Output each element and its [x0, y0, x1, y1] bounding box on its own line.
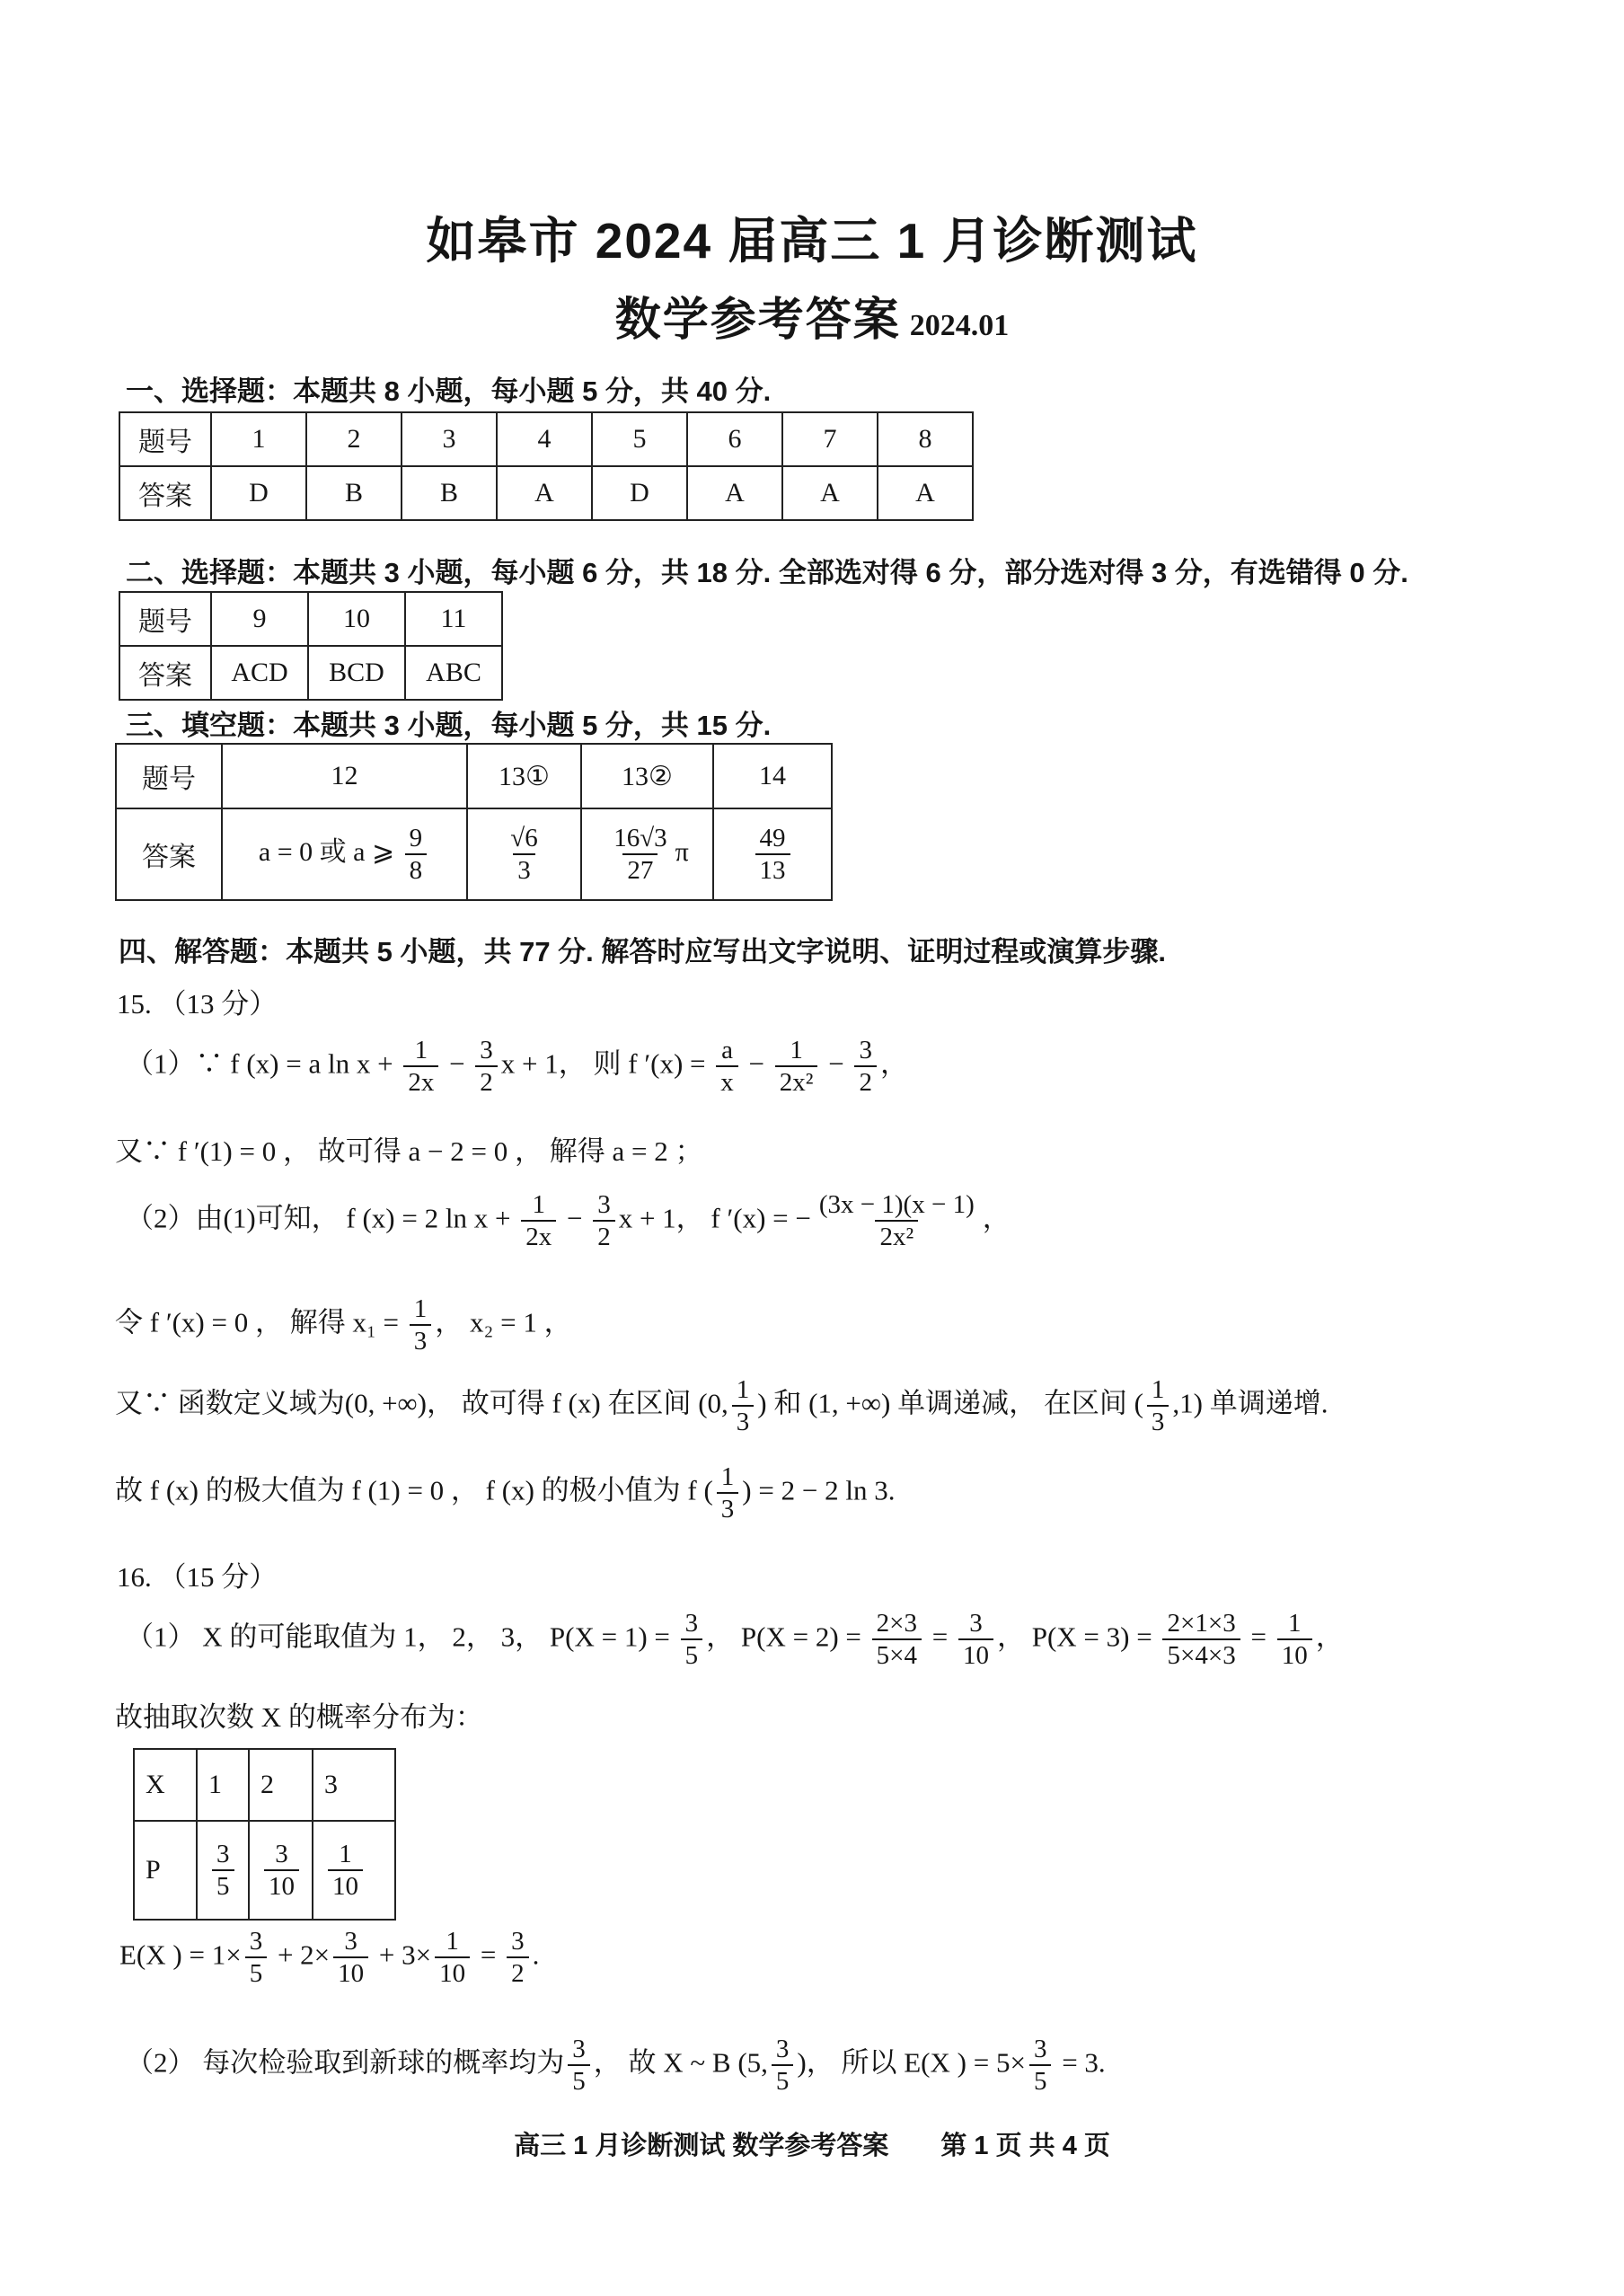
q15-step6: 故 f (x) 的极大值为 f (1) = 0 ， f (x) 的极小值为 f …: [115, 1460, 895, 1526]
question-number: 13②: [581, 744, 713, 808]
row-label: 答案: [116, 808, 222, 900]
answer-key-subtitle: 数学参考答案2024.01: [0, 282, 1624, 349]
q15-step3: （2）由(1)可知， f (x) = 2 ln x + 12x − 32x + …: [126, 1188, 1011, 1254]
answer-cell: ACD: [211, 646, 308, 700]
question-number: 7: [782, 412, 878, 466]
value-cell: 2: [249, 1749, 313, 1821]
answer-key-page: 如皋市 2024 届高三 1 月诊断测试 数学参考答案2024.01 一、选择题…: [0, 0, 1624, 2296]
answer-cell: BCD: [308, 646, 405, 700]
question-number: 5: [592, 412, 687, 466]
single-choice-answers-table: 题号 1 2 3 4 5 6 7 8 答案 D B B A D A A A: [119, 411, 974, 521]
table-row: 答案 a = 0 或 a ⩾ 98 √63 16√327π 4913: [116, 808, 832, 900]
subtitle-text: 数学参考答案: [615, 294, 901, 345]
variable-label: X: [134, 1749, 197, 1821]
answer-cell: D: [592, 466, 687, 520]
section3-heading: 三、填空题：本题共 3 小题，每小题 5 分，共 15 分.: [126, 702, 771, 743]
question-number: 10: [308, 592, 405, 646]
question-number: 6: [687, 412, 782, 466]
value-cell: 3: [313, 1749, 395, 1821]
answer-cell: a = 0 或 a ⩾ 98: [222, 808, 467, 900]
answer-cell: ABC: [405, 646, 502, 700]
section4-heading: 四、解答题：本题共 5 小题，共 77 分. 解答时应写出文字说明、证明过程或演…: [119, 929, 1166, 969]
exam-title: 如皋市 2024 届高三 1 月诊断测试: [0, 201, 1624, 272]
probability-cell: 310: [249, 1821, 313, 1920]
question-number: 14: [713, 744, 832, 808]
table-row: 题号 1 2 3 4 5 6 7 8: [119, 412, 973, 466]
probability-cell: 110: [313, 1821, 395, 1920]
question-number: 11: [405, 592, 502, 646]
exam-date: 2024.01: [910, 309, 1010, 342]
q16-step1: （1） X 的可能取值为 1， 2， 3， P(X = 1) = 35， P(X…: [126, 1606, 1344, 1673]
row-label: 题号: [119, 412, 211, 466]
question15-number: 15. （13 分）: [117, 981, 277, 1021]
question-number: 3: [402, 412, 497, 466]
question-number: 13①: [467, 744, 581, 808]
probability-cell: 35: [197, 1821, 249, 1920]
table-row: 题号 12 13① 13② 14: [116, 744, 832, 808]
answer-cell: A: [497, 466, 592, 520]
q16-expectation: E(X ) = 1×35 + 2×310 + 3×110 = 32.: [119, 1924, 539, 1991]
q15-step1: （1）∵ f (x) = a ln x + 12x − 32x + 1， 则 f…: [126, 1033, 908, 1099]
answer-cell: A: [782, 466, 878, 520]
probability-distribution-table: X 1 2 3 P 35 310 110: [133, 1748, 396, 1921]
table-row: 答案 ACD BCD ABC: [119, 646, 502, 700]
answer-cell: A: [878, 466, 973, 520]
question-number: 12: [222, 744, 467, 808]
fill-in-answers-table: 题号 12 13① 13② 14 答案 a = 0 或 a ⩾ 98 √63 1…: [115, 743, 833, 901]
q16-step2: 故抽取次数 X 的概率分布为：: [115, 1700, 483, 1735]
question-number: 1: [211, 412, 306, 466]
row-label: 答案: [119, 466, 211, 520]
row-label: 题号: [116, 744, 222, 808]
answer-cell: D: [211, 466, 306, 520]
section2-heading: 二、选择题：本题共 3 小题，每小题 6 分，共 18 分. 全部选对得 6 分…: [126, 550, 1408, 590]
table-row: P 35 310 110: [134, 1821, 395, 1920]
row-label: 答案: [119, 646, 211, 700]
question-number: 4: [497, 412, 592, 466]
table-row: X 1 2 3: [134, 1749, 395, 1821]
q15-step4: 令 f ′(x) = 0 ， 解得 x₁ = 13， x₂ = 1 ，: [115, 1292, 572, 1358]
answer-cell: B: [402, 466, 497, 520]
table-row: 题号 9 10 11: [119, 592, 502, 646]
question-number: 2: [306, 412, 402, 466]
value-cell: 1: [197, 1749, 249, 1821]
answer-cell: A: [687, 466, 782, 520]
multi-choice-answers-table: 题号 9 10 11 答案 ACD BCD ABC: [119, 591, 503, 701]
question-number: 9: [211, 592, 308, 646]
question16-number: 16. （15 分）: [117, 1554, 277, 1594]
row-label: 题号: [119, 592, 211, 646]
q16-step4: （2） 每次检验取到新球的概率均为35， 故 X ~ B (5,35)， 所以 …: [126, 2032, 1106, 2098]
answer-cell: 16√327π: [581, 808, 713, 900]
section1-heading: 一、选择题：本题共 8 小题，每小题 5 分，共 40 分.: [126, 368, 771, 409]
question-number: 8: [878, 412, 973, 466]
answer-cell: √63: [467, 808, 581, 900]
page-footer: 高三 1 月诊断测试 数学参考答案 第 1 页 共 4 页: [0, 2125, 1624, 2162]
table-row: 答案 D B B A D A A A: [119, 466, 973, 520]
variable-label: P: [134, 1821, 197, 1920]
q15-step2: 又∵ f ′(1) = 0 ， 故可得 a − 2 = 0 ， 解得 a = 2…: [115, 1134, 702, 1170]
q15-step5: 又∵ 函数定义域为(0, +∞)， 故可得 f (x) 在区间 (0,13) 和…: [115, 1373, 1328, 1439]
answer-cell: B: [306, 466, 402, 520]
answer-cell: 4913: [713, 808, 832, 900]
